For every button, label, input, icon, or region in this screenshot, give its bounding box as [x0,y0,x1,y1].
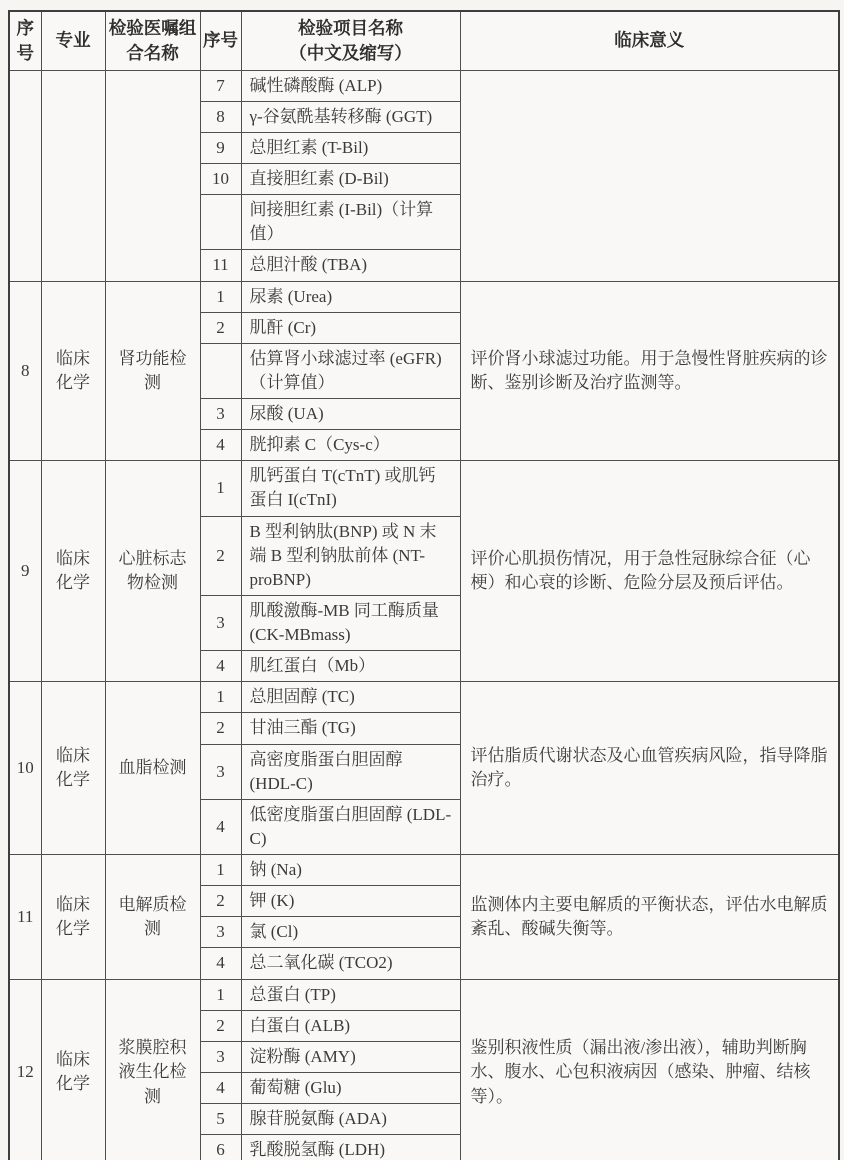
item-name-cell: γ-谷氨酰基转移酶 (GGT) [241,101,460,132]
item-name-cell: B 型利钠肽(BNP) 或 N 末端 B 型利钠肽前体 (NT-proBNP) [241,516,460,595]
item-name-cell: 碱性磷酸酶 (ALP) [241,70,460,101]
section-seq-cell: 10 [9,682,41,855]
item-name-cell: 钠 (Na) [241,855,460,886]
item-name-cell: 葡萄糖 (Glu) [241,1072,460,1103]
item-seq-cell: 3 [200,399,241,430]
item-seq-cell: 1 [200,855,241,886]
item-name-cell: 胱抑素 C（Cys-c） [241,430,460,461]
item-name-cell: 尿素 (Urea) [241,281,460,312]
item-seq-cell: 1 [200,281,241,312]
item-seq-cell: 2 [200,312,241,343]
table-row: 11 临床化学 电解质检测 1 钠 (Na) 监测体内主要电解质的平衡状态，评估… [9,855,839,886]
specialty-cell: 临床化学 [41,979,105,1160]
item-name-cell: 肌钙蛋白 T(cTnT) 或肌钙蛋白 I(cTnI) [241,461,460,516]
header-item-name-line2: （中文及缩写） [244,41,458,66]
item-name-cell: 总胆固醇 (TC) [241,682,460,713]
clinical-significance-cell: 评估脂质代谢状态及心血管疾病风险，指导降脂治疗。 [460,682,839,855]
item-seq-cell: 10 [200,164,241,195]
item-seq-cell [200,195,241,250]
item-seq-cell: 3 [200,595,241,650]
item-name-cell: 估算肾小球滤过率 (eGFR)（计算值） [241,343,460,398]
item-seq-cell: 4 [200,651,241,682]
item-name-cell: 淀粉酶 (AMY) [241,1041,460,1072]
item-seq-cell: 2 [200,516,241,595]
item-seq-cell: 7 [200,70,241,101]
item-seq-cell: 1 [200,461,241,516]
header-item-name: 检验项目名称 （中文及缩写） [241,11,460,70]
section-seq-cell: 12 [9,979,41,1160]
table-row: 9 临床化学 心脏标志物检测 1 肌钙蛋白 T(cTnT) 或肌钙蛋白 I(cT… [9,461,839,516]
item-seq-cell: 1 [200,979,241,1010]
item-seq-cell: 11 [200,250,241,281]
table-row: 8 临床化学 肾功能检测 1 尿素 (Urea) 评价肾小球滤过功能。用于急慢性… [9,281,839,312]
clinical-significance-cell: 鉴别积液性质（漏出液/渗出液），辅助判断胸水、腹水、心包积液病因（感染、肿瘤、结… [460,979,839,1160]
table-row: 12 临床化学 浆膜腔积液生化检测 1 总蛋白 (TP) 鉴别积液性质（漏出液/… [9,979,839,1010]
item-name-cell: 白蛋白 (ALB) [241,1010,460,1041]
table-row: 10 临床化学 血脂检测 1 总胆固醇 (TC) 评估脂质代谢状态及心血管疾病风… [9,682,839,713]
item-seq-cell: 3 [200,1041,241,1072]
item-name-cell: 低密度脂蛋白胆固醇 (LDL-C) [241,799,460,854]
item-name-cell: 乳酸脱氢酶 (LDH) [241,1135,460,1160]
item-name-cell: 高密度脂蛋白胆固醇 (HDL-C) [241,744,460,799]
item-seq-cell: 4 [200,948,241,979]
item-name-cell: 肌酐 (Cr) [241,312,460,343]
item-seq-cell: 5 [200,1104,241,1135]
section-seq-cell: 9 [9,461,41,682]
item-name-cell: 总二氧化碳 (TCO2) [241,948,460,979]
item-seq-cell: 4 [200,1072,241,1103]
panel-name-cell [105,70,200,281]
item-seq-cell: 3 [200,744,241,799]
item-seq-cell: 9 [200,132,241,163]
clinical-significance-cell [460,70,839,281]
specialty-cell: 临床化学 [41,682,105,855]
item-name-cell: 间接胆红素 (I-Bil)（计算值） [241,195,460,250]
item-seq-cell: 2 [200,886,241,917]
item-seq-cell: 3 [200,917,241,948]
item-name-cell: 甘油三酯 (TG) [241,713,460,744]
header-panel-name: 检验医嘱组合名称 [105,11,200,70]
item-seq-cell: 4 [200,430,241,461]
panel-name-cell: 浆膜腔积液生化检测 [105,979,200,1160]
item-name-cell: 尿酸 (UA) [241,399,460,430]
specialty-cell: 临床化学 [41,281,105,461]
header-specialty: 专业 [41,11,105,70]
item-name-cell: 肌酸激酶-MB 同工酶质量 (CK-MBmass) [241,595,460,650]
header-seq-no: 序号 [9,11,41,70]
clinical-significance-cell: 监测体内主要电解质的平衡状态，评估水电解质紊乱、酸碱失衡等。 [460,855,839,980]
item-name-cell: 腺苷脱氨酶 (ADA) [241,1104,460,1135]
clinical-significance-cell: 评价心肌损伤情况，用于急性冠脉综合征（心梗）和心衰的诊断、危险分层及预后评估。 [460,461,839,682]
section-seq-cell [9,70,41,281]
item-seq-cell: 8 [200,101,241,132]
item-name-cell: 总胆汁酸 (TBA) [241,250,460,281]
item-seq-cell: 4 [200,799,241,854]
section-seq-cell: 8 [9,281,41,461]
item-seq-cell: 2 [200,713,241,744]
specialty-cell: 临床化学 [41,855,105,980]
header-clinical-significance: 临床意义 [460,11,839,70]
header-item-seq: 序号 [200,11,241,70]
item-seq-cell: 6 [200,1135,241,1160]
section-seq-cell: 11 [9,855,41,980]
panel-name-cell: 血脂检测 [105,682,200,855]
item-name-cell: 钾 (K) [241,886,460,917]
panel-name-cell: 肾功能检测 [105,281,200,461]
panel-name-cell: 电解质检测 [105,855,200,980]
item-seq-cell: 2 [200,1010,241,1041]
table-row: 7 碱性磷酸酶 (ALP) [9,70,839,101]
item-name-cell: 直接胆红素 (D-Bil) [241,164,460,195]
header-row: 序号 专业 检验医嘱组合名称 序号 检验项目名称 （中文及缩写） 临床意义 [9,11,839,70]
item-name-cell: 总蛋白 (TP) [241,979,460,1010]
panel-name-cell: 心脏标志物检测 [105,461,200,682]
scanned-lab-test-document-page: 序号 专业 检验医嘱组合名称 序号 检验项目名称 （中文及缩写） 临床意义 7 … [0,0,844,1160]
clinical-significance-cell: 评价肾小球滤过功能。用于急慢性肾脏疾病的诊断、鉴别诊断及治疗监测等。 [460,281,839,461]
item-name-cell: 氯 (Cl) [241,917,460,948]
item-seq-cell: 1 [200,682,241,713]
header-item-name-line1: 检验项目名称 [244,16,458,41]
specialty-cell [41,70,105,281]
specialty-cell: 临床化学 [41,461,105,682]
lab-order-table: 序号 专业 检验医嘱组合名称 序号 检验项目名称 （中文及缩写） 临床意义 7 … [8,10,840,1160]
item-name-cell: 肌红蛋白（Mb） [241,651,460,682]
item-seq-cell [200,343,241,398]
item-name-cell: 总胆红素 (T-Bil) [241,132,460,163]
